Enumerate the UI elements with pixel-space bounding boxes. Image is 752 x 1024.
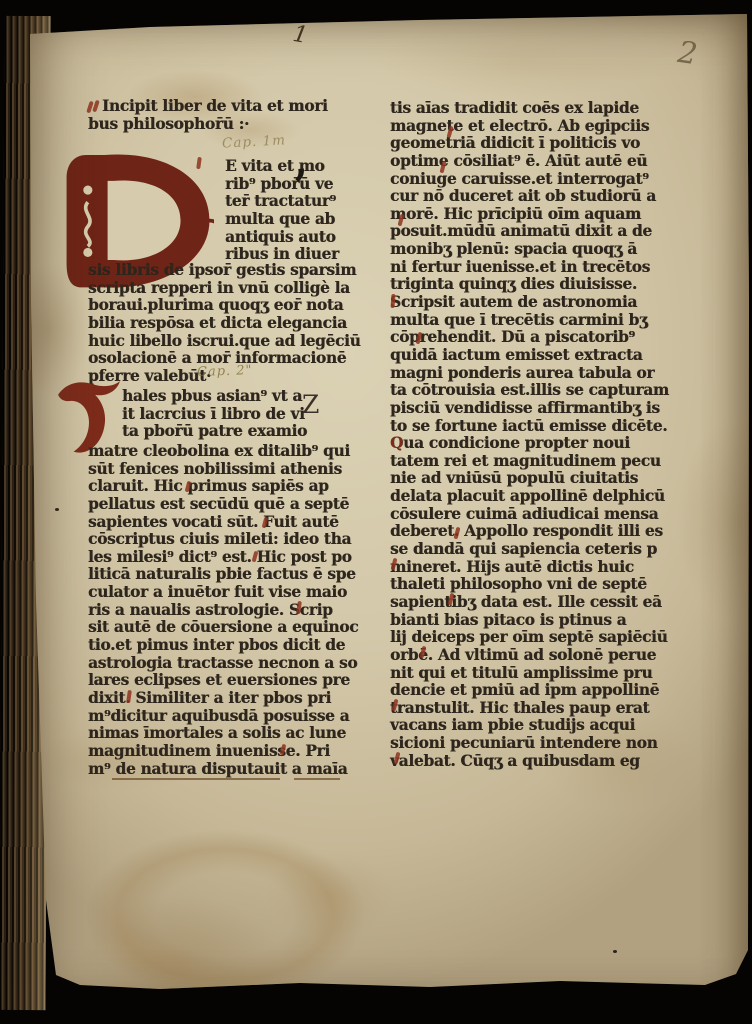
- text-line: m⁹ de natura disputauit a maīa: [88, 761, 358, 779]
- text-line: sapientibʒ data est. Ille cessit eā: [390, 594, 682, 612]
- text-line: geometriā didicit ī politicis vo: [390, 135, 682, 153]
- ink-speck: [55, 508, 59, 511]
- text-line: bus philosophor̄ū :·: [88, 116, 380, 134]
- text-line: sit autē de cōuersione a equinoc: [88, 619, 358, 637]
- text-line: multa que ī trecētis carmini bʒ: [390, 312, 682, 330]
- text-line: bianti bias pitaco is ptinus a: [390, 612, 682, 630]
- text-line: monibʒ plenū: spacia quoqʒ ā: [390, 241, 682, 259]
- text-line: to se fortune iactū emisse dicēte.: [390, 418, 682, 436]
- text-line: tis aīas tradidit coēs ex lapide: [390, 100, 682, 118]
- text-line: Incipit liber de vita et mori: [88, 98, 380, 116]
- book-photograph: Incipit liber de vita et moribus philoso…: [0, 0, 752, 1024]
- text-line: lares eclipses et euersiones pre: [88, 672, 358, 690]
- text-line: coniuge caruisse.et interrogat⁹: [390, 171, 682, 189]
- text-line: Scripsit autem de astronomia: [390, 294, 682, 312]
- text-line: boraui.plurima quoqʒ eor̄ nota: [88, 297, 361, 315]
- text-line: antiquis auto: [225, 229, 339, 247]
- text-line: pisciū vendidisse affirmantibʒ is: [390, 400, 682, 418]
- text-line: deberet. Appollo respondit illi es: [390, 523, 682, 541]
- text-line: dencie et pmiū ad ipm appollinē: [390, 682, 682, 700]
- handwritten-folio-number-right: 2: [676, 35, 700, 72]
- handwritten-margin-letter-z: Z: [302, 390, 319, 419]
- text-line: rib⁹ pbor̄ū ve: [225, 176, 339, 194]
- text-line: se dandā qui sapiencia ceteris p: [390, 541, 682, 559]
- text-line: triginta quinqʒ dies diuisisse.: [390, 276, 682, 294]
- paragraph-2-full-lines: matre cleobolina ex ditalib⁹ quisūt fen…: [88, 443, 358, 778]
- text-line: orbē. Ad vltimū ad solonē perue: [390, 647, 682, 665]
- text-line: cōscriptus ciuis mileti: ideo tha: [88, 531, 358, 549]
- text-line: hales pbus asian⁹ vt a: [122, 388, 307, 406]
- text-line: ta cōtrouisia est.illis se capturam: [390, 382, 682, 400]
- text-line: nie ad vniūsū populū ciuitatis: [390, 470, 682, 488]
- text-line: magnete et electrō. Ab egipciis: [390, 118, 682, 136]
- text-line: pellatus est secūdū quē a septē: [88, 496, 358, 514]
- text-line: m⁹dicitur aquibusdā posuisse a: [88, 708, 358, 726]
- text-line: magni ponderis aurea tabula or: [390, 365, 682, 383]
- ink-underline: [294, 778, 340, 780]
- text-line: sapientes vocati sūt. Fuit autē: [88, 514, 358, 532]
- paragraph-1-wrapped-lines: E vita et morib⁹ pbor̄ū veter̄ tractatu…: [225, 158, 339, 264]
- text-line: sicioni pecuniarū intendere non: [390, 735, 682, 753]
- text-line: cur nō duceret ait ob studiorū a: [390, 188, 682, 206]
- text-line: ta pbor̄ū patre examio: [122, 423, 307, 441]
- right-text-column: tis aīas tradidit coēs ex lapidemagnet…: [390, 100, 682, 770]
- handwritten-folio-number-center: 1: [291, 21, 310, 49]
- text-line: valebat. Cūqʒ a quibusdam eg: [390, 753, 682, 771]
- text-line: quidā iactum emisset extracta: [390, 347, 682, 365]
- text-line: nimas īmortales a solis ac lune: [88, 725, 358, 743]
- text-line: mineret. Hijs autē dictis huic: [390, 559, 682, 577]
- text-line: delata placuit appollinē delphicū: [390, 488, 682, 506]
- text-line: it lacrcius ī libro de vi: [122, 406, 307, 424]
- text-line: vacans iam pbie studijs acqui: [390, 717, 682, 735]
- text-line: ni fertur iuenisse.et in trecētos: [390, 259, 682, 277]
- text-line: Qua condicione propter noui: [390, 435, 682, 453]
- text-line: optime cōsiliat⁹ ē. Aiūt autē eū: [390, 153, 682, 171]
- text-line: ter̄ tractatur⁹: [225, 193, 339, 211]
- text-line: tatem rei et magnitudinem pecu: [390, 453, 682, 471]
- text-line: E vita et mo: [225, 158, 339, 176]
- text-line: claruit. Hic primus sapiēs ap: [88, 478, 358, 496]
- text-line: ris a naualis astrologie. Scrip: [88, 602, 358, 620]
- text-line: bilia respōsa et dicta elegancia: [88, 315, 361, 333]
- text-line: cōprehendit. Dū a piscatorib⁹: [390, 329, 682, 347]
- handwritten-chapter-note-2: Cap. 2": [197, 363, 253, 380]
- text-line: cōsulere cuimā adiudicai mensa: [390, 506, 682, 524]
- text-line: morē. Hic prīcipiū oīm aquam: [390, 206, 682, 224]
- text-line: scripta repperi in vnū colligè la: [88, 280, 361, 298]
- left-text-column: Incipit liber de vita et moribus philoso…: [88, 98, 380, 133]
- ink-underline: [112, 778, 280, 780]
- text-line: magnitudinem inuenisse. Pri: [88, 743, 358, 761]
- text-line: tio.et pimus inter pbos dicit de: [88, 637, 358, 655]
- paragraph-2-wrapped-lines: hales pbus asian⁹ vt ait lacrcius ī lib…: [122, 388, 307, 441]
- text-line: astrologia tractasse necnon a so: [88, 655, 358, 673]
- handwritten-chapter-note-1: Cap. 1m: [222, 132, 287, 151]
- manuscript-page: Incipit liber de vita et moribus philoso…: [0, 0, 752, 1024]
- text-line: posuit.mūdū animatū dixit a de: [390, 223, 682, 241]
- text-line: matre cleobolina ex ditalib⁹ qui: [88, 443, 358, 461]
- text-line: lij deiceps per oīm septē sapiēciū: [390, 629, 682, 647]
- text-line: liticā naturalis pbie factus ē spe: [88, 566, 358, 584]
- text-line: thaleti philosopho vni de septē: [390, 576, 682, 594]
- text-line: les milesi⁹ dict⁹ est. Hic post po: [88, 549, 358, 567]
- text-line: multa que ab: [225, 211, 339, 229]
- incipit-heading: Incipit liber de vita et moribus philoso…: [88, 98, 380, 133]
- ink-speck: [613, 950, 617, 953]
- text-line: sūt fenices nobilissimi athenis: [88, 461, 358, 479]
- text-line: transtulit. Hic thales paup erat: [390, 700, 682, 718]
- text-line: sis libris de ipsor̄ gestis sparsim: [88, 262, 361, 280]
- text-line: huic libello iscrui.que ad legēciū: [88, 333, 361, 351]
- text-line: culator a inuētor fuit vise maio: [88, 584, 358, 602]
- text-line: nit qui et titulū amplissime pru: [390, 665, 682, 683]
